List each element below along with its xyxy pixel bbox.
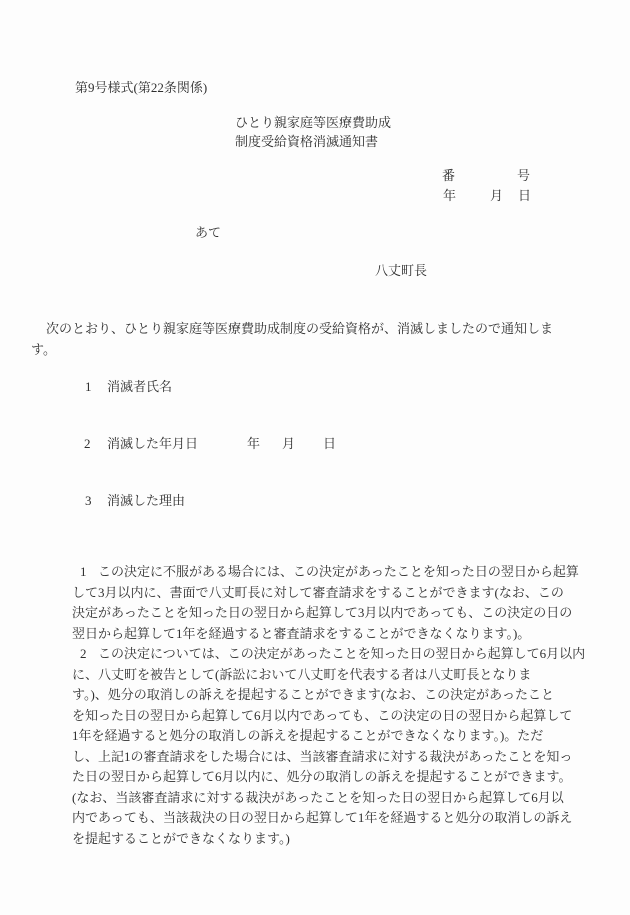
note-2-line: し、上記1の審査請求をした場合には、当該審査請求に対する裁決があったことを知っ bbox=[72, 747, 612, 768]
form-number-label: 第9号様式(第22条関係) bbox=[75, 78, 207, 99]
doc-number-label: 番 bbox=[442, 166, 455, 187]
doc-title: ひとり親家庭等医療費助成 制度受給資格消滅通知書 bbox=[235, 114, 391, 151]
notice-body-line-2: す。 bbox=[31, 340, 553, 361]
document-page: 第9号様式(第22条関係) ひとり親家庭等医療費助成 制度受給資格消滅通知書 番… bbox=[0, 0, 630, 915]
addressee-suffix: あて bbox=[195, 223, 221, 244]
note-1-number: 1 bbox=[80, 562, 87, 583]
note-2-line: す。)、処分の取消しの訴えを提起することができます(なお、この決定があったこと bbox=[72, 685, 612, 706]
notice-body: 次のとおり、ひとり親家庭等医療費助成制度の受給資格が、消滅しましたので通知しま … bbox=[31, 319, 553, 360]
note-2-line: に、八丈町を被告として(訴訟において八丈町を代表する者は八丈町長となりま bbox=[72, 665, 612, 686]
note-1-line: この決定に不服がある場合には、この決定があったことを知った日の翌日から起算 bbox=[72, 562, 612, 583]
item-3-number: 3 bbox=[85, 491, 92, 512]
note-2-line: この決定については、この決定があったことを知った日の翌日から起算して6月以内 bbox=[72, 644, 612, 665]
item-2-year-label: 年 bbox=[247, 434, 260, 455]
doc-date-day-label: 日 bbox=[518, 186, 531, 207]
note-2-line: 内であっても、当該裁決の日の翌日から起算して1年を経過すると処分の取消しの訴え bbox=[72, 808, 612, 829]
notice-body-line-1: 次のとおり、ひとり親家庭等医療費助成制度の受給資格が、消滅しましたので通知しま bbox=[31, 319, 553, 340]
note-1-line: して3月以内に、書面で八丈町長に対して審査請求をすることができます(なお、この bbox=[72, 583, 612, 604]
doc-title-line-1: ひとり親家庭等医療費助成 bbox=[235, 114, 391, 133]
note-2-line: 1年を経過すると処分の取消しの訴えを提起することができなくなります。)。ただ bbox=[72, 726, 612, 747]
item-2-number: 2 bbox=[84, 434, 91, 455]
item-3-label: 消滅した理由 bbox=[107, 491, 185, 512]
issuer-name: 八丈町長 bbox=[375, 261, 427, 282]
note-2-line: た日の翌日から起算して6月以内に、処分の取消しの訴えを提起することができます。 bbox=[72, 767, 612, 788]
doc-title-line-2: 制度受給資格消滅通知書 bbox=[235, 133, 391, 152]
note-2-line: (なお、当該審査請求に対する裁決があったことを知った日の翌日から起算して6月以 bbox=[72, 788, 612, 809]
item-2-day-label: 日 bbox=[323, 434, 336, 455]
note-1-line: 翌日から起算して1年を経過すると審査請求をすることができなくなります。)。 bbox=[72, 624, 612, 645]
item-1-label: 消滅者氏名 bbox=[107, 377, 172, 398]
note-1-line: 決定があったことを知った日の翌日から起算して3月以内であっても、この決定の日の bbox=[72, 603, 612, 624]
notes-section: 1 この決定に不服がある場合には、この決定があったことを知った日の翌日から起算 … bbox=[72, 562, 612, 849]
doc-number-unit: 号 bbox=[517, 166, 530, 187]
item-1-number: 1 bbox=[85, 377, 92, 398]
note-2-line: を提起することができなくなります。) bbox=[72, 829, 612, 850]
note-2-line: を知った日の翌日から起算して6月以内であっても、この決定の日の翌日から起算して bbox=[72, 706, 612, 727]
doc-date-year-label: 年 bbox=[443, 186, 456, 207]
note-2-number: 2 bbox=[80, 644, 87, 665]
doc-date-month-label: 月 bbox=[490, 186, 503, 207]
note-2: 2 この決定については、この決定があったことを知った日の翌日から起算して6月以内… bbox=[72, 644, 612, 849]
item-2-month-label: 月 bbox=[282, 434, 295, 455]
item-2-label: 消滅した年月日 bbox=[107, 434, 198, 455]
note-1: 1 この決定に不服がある場合には、この決定があったことを知った日の翌日から起算 … bbox=[72, 562, 612, 644]
